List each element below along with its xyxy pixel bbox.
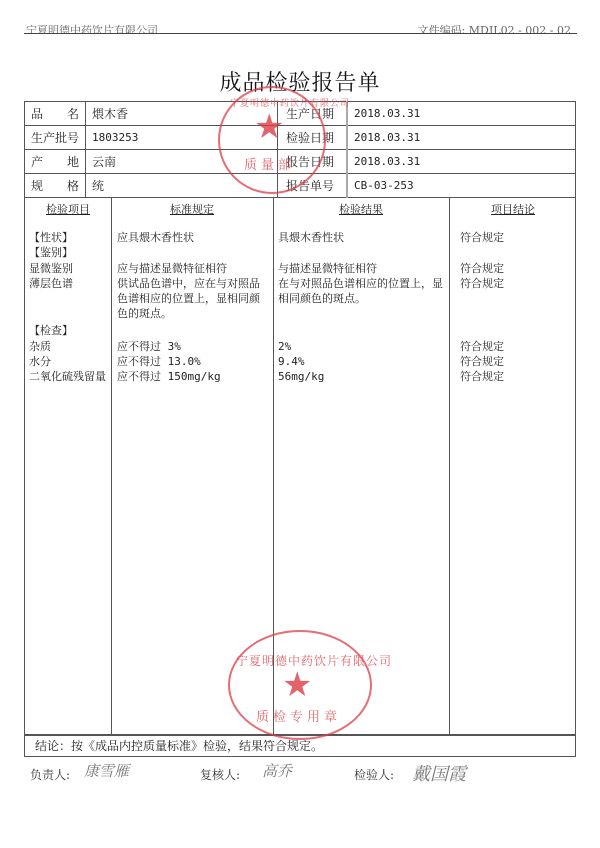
result-conclusion: 符合规定: [460, 261, 504, 276]
header-result: 检验结果: [273, 201, 449, 217]
result-standard: 供试品色谱中，应在与对照品色谱相应的位置上，显相同颜色的斑点。: [117, 276, 269, 321]
info-row: 规 格 统 报告单号 CB-03-253: [25, 174, 576, 198]
result-conclusion: 符合规定: [460, 230, 504, 245]
result-item: 水分: [29, 354, 51, 369]
result-value: 9.4%: [278, 354, 305, 369]
signature-row: 负责人: 康雪雁 复核人: 高乔 检验人: 戴国霞: [0, 760, 600, 790]
result-standard: 应具煨木香性状: [117, 230, 194, 245]
info-row: 产 地 云南 报告日期 2018.03.31: [25, 150, 576, 174]
result-value: 在与对照品色谱相应的位置上，显相同颜色的斑点。: [278, 276, 446, 306]
result-value: 与描述显微特征相符: [278, 261, 377, 276]
final-conclusion: 结论：按《成品内控质量标准》检验，结果符合规定。: [24, 735, 576, 757]
result-conclusion: 符合规定: [460, 276, 504, 291]
result-item: 杂质: [29, 339, 51, 354]
column-divider: [273, 197, 274, 734]
result-standard: 应不得过 3%: [117, 339, 181, 354]
header-item: 检验项目: [25, 201, 111, 217]
origin-label: 产 地: [25, 150, 86, 174]
inspector-label: 检验人:: [354, 766, 394, 783]
header-conclusion: 项目结论: [449, 201, 577, 217]
document-title: 成品检验报告单: [0, 66, 600, 97]
inspector-signature: 戴国霞: [412, 760, 466, 786]
report-date-value: 2018.03.31: [347, 150, 576, 174]
document-code: 文件编码: MDJL02 - 002 - 02: [418, 25, 571, 34]
result-conclusion: 符合规定: [460, 354, 504, 369]
report-date-label: 报告日期: [278, 150, 348, 174]
batch-number-label: 生产批号: [25, 126, 86, 150]
report-number-label: 报告单号: [278, 174, 348, 198]
result-item: 二氧化硫残留量: [29, 369, 106, 384]
result-item: 【检查】: [29, 323, 73, 338]
column-divider: [111, 197, 112, 734]
result-value: 2%: [278, 339, 291, 354]
product-info-table: 品 名 煨木香 生产日期 2018.03.31 生产批号 1803253 检验日…: [24, 101, 576, 198]
column-divider: [449, 197, 450, 734]
responsible-signature: 康雪雁: [84, 760, 129, 781]
page-header: 宁夏明德中药饮片有限公司 文件编码: MDJL02 - 002 - 02: [24, 0, 577, 34]
specification-value: 统: [86, 174, 278, 198]
result-value: 具煨木香性状: [278, 230, 344, 245]
info-row: 生产批号 1803253 检验日期 2018.03.31: [25, 126, 576, 150]
reviewer-label: 复核人:: [200, 766, 240, 783]
inspection-date-value: 2018.03.31: [347, 126, 576, 150]
result-standard: 应不得过 150mg/kg: [117, 369, 221, 384]
production-date-value: 2018.03.31: [347, 102, 576, 126]
product-name-value: 煨木香: [86, 102, 278, 126]
result-standard: 应不得过 13.0%: [117, 354, 201, 369]
company-name: 宁夏明德中药饮片有限公司: [26, 25, 158, 34]
specification-label: 规 格: [25, 174, 86, 198]
info-row: 品 名 煨木香 生产日期 2018.03.31: [25, 102, 576, 126]
inspection-date-label: 检验日期: [278, 126, 348, 150]
result-item: 【鉴别】: [29, 245, 73, 260]
result-conclusion: 符合规定: [460, 339, 504, 354]
result-conclusion: 符合规定: [460, 369, 504, 384]
reviewer-signature: 高乔: [262, 760, 292, 781]
report-number-value: CB-03-253: [347, 174, 576, 198]
result-item: 薄层色谱: [29, 276, 73, 291]
result-standard: 应与描述显微特征相符: [117, 261, 227, 276]
product-name-label: 品 名: [25, 102, 86, 126]
batch-number-value: 1803253: [86, 126, 278, 150]
result-item: 【性状】: [29, 230, 73, 245]
production-date-label: 生产日期: [278, 102, 348, 126]
origin-value: 云南: [86, 150, 278, 174]
result-item: 显微鉴别: [29, 261, 73, 276]
header-standard: 标准规定: [111, 201, 273, 217]
result-value: 56mg/kg: [278, 369, 324, 384]
responsible-label: 负责人:: [30, 766, 70, 783]
inspection-results-table: 检验项目 标准规定 检验结果 项目结论 【性状】 应具煨木香性状 具煨木香性状 …: [24, 197, 576, 735]
